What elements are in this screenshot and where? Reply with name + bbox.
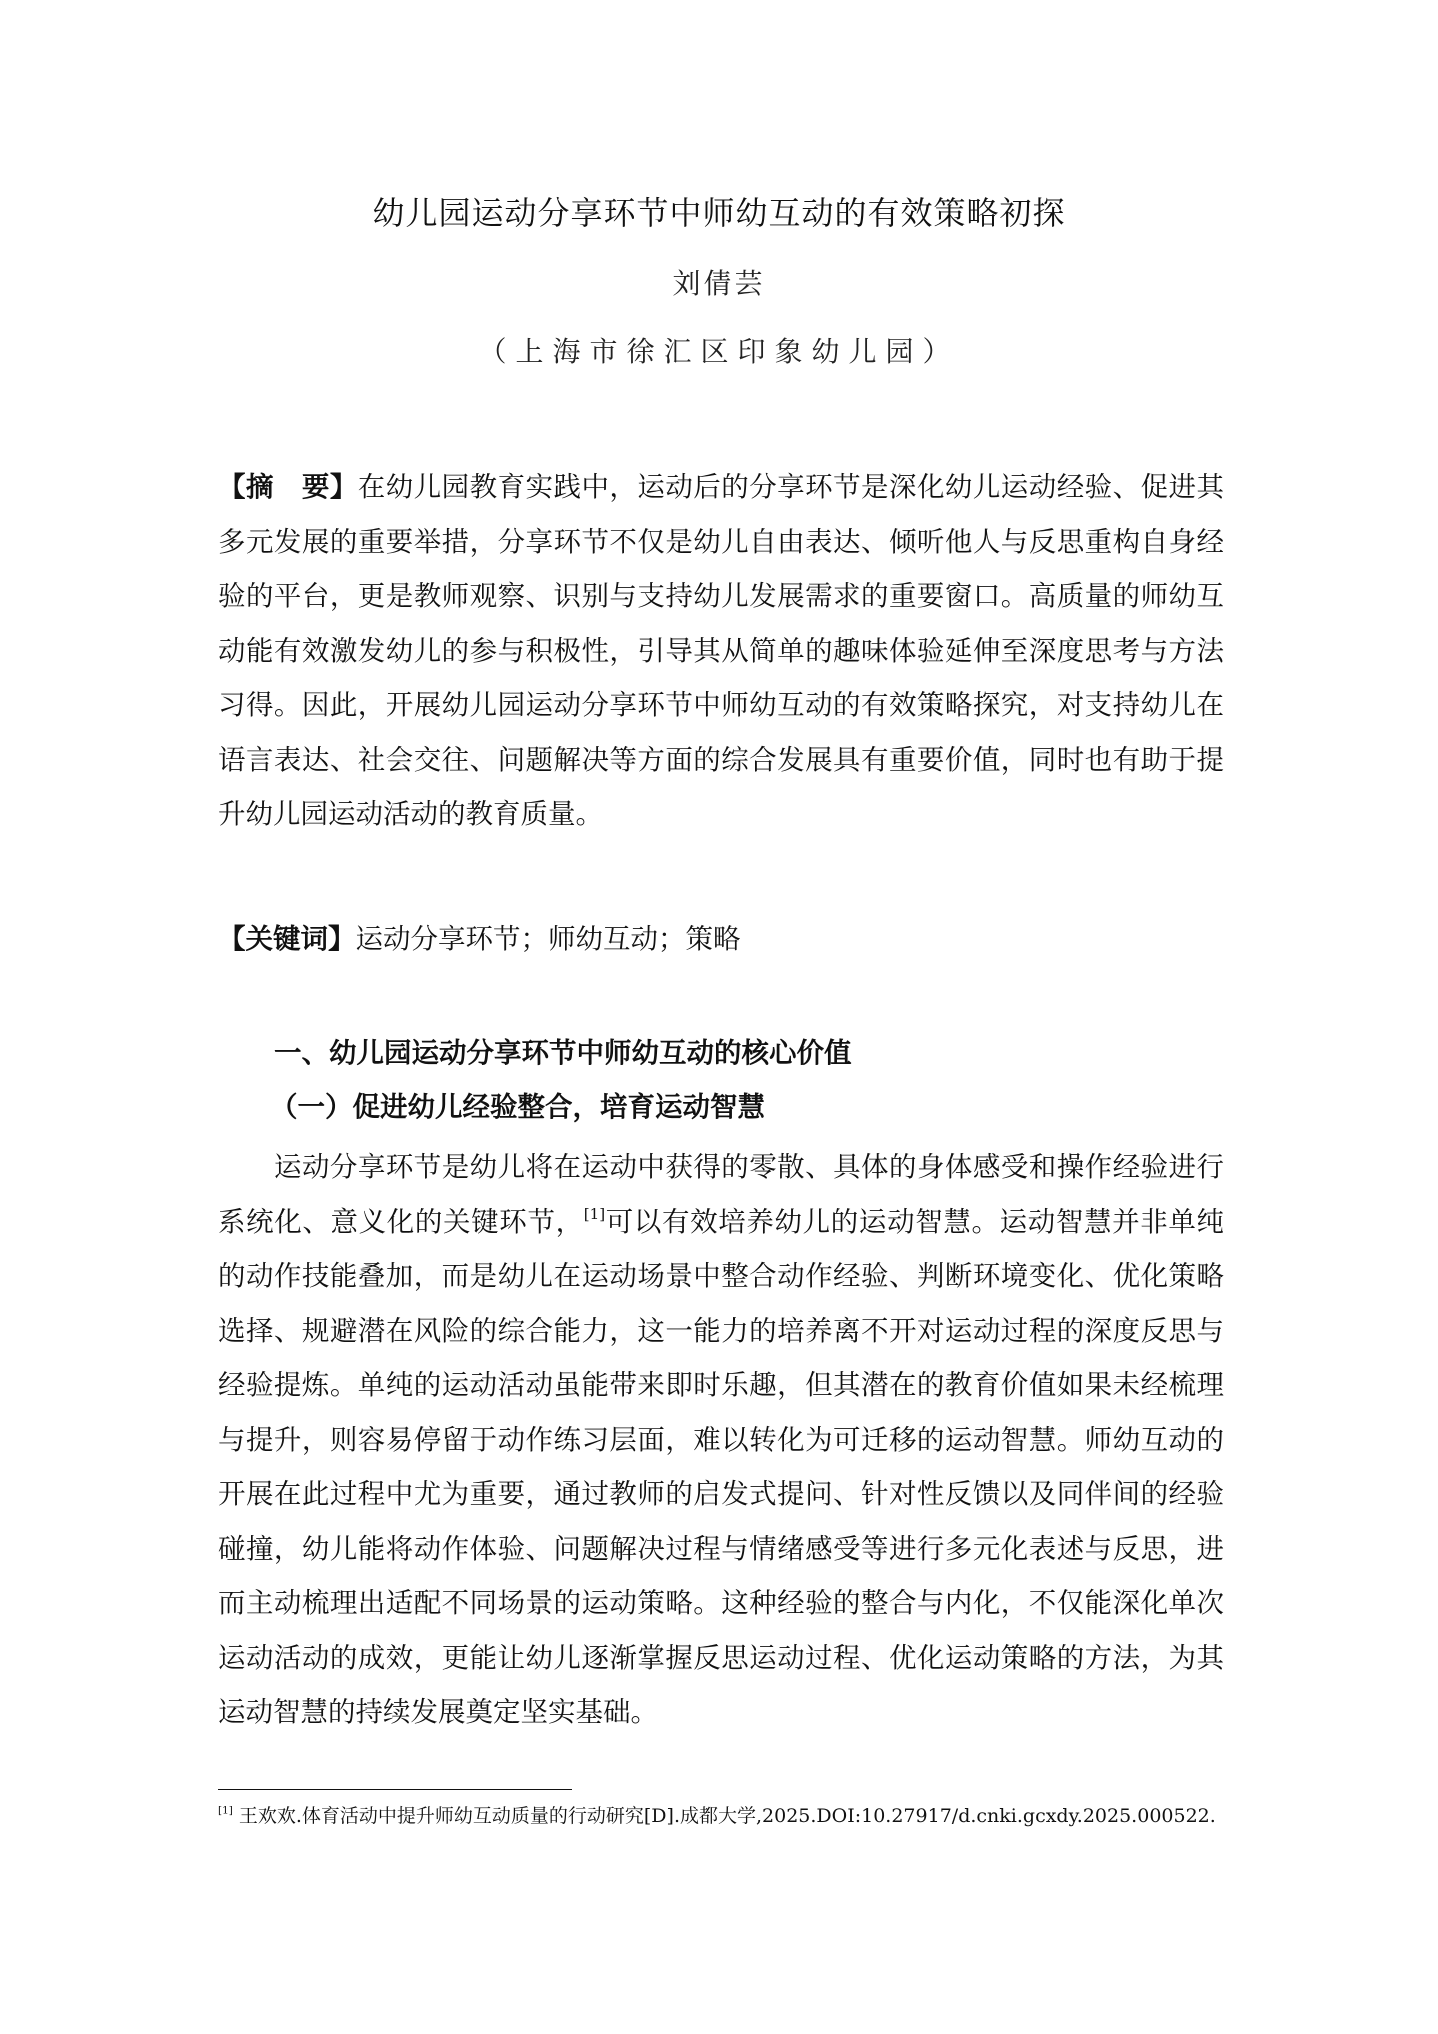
footnote-text: 王欢欢.体育活动中提升师幼互动质量的行动研究[D].成都大学,2025.DOI:… bbox=[239, 1805, 1216, 1827]
citation-ref-1[interactable]: [1] bbox=[584, 1204, 605, 1222]
keywords-label: 【关键词】 bbox=[218, 923, 356, 955]
abstract-label: 【摘 要】 bbox=[218, 471, 358, 503]
footnote-mark: [1] bbox=[218, 1805, 233, 1817]
footnote-1: [1] 王欢欢.体育活动中提升师幼互动质量的行动研究[D].成都大学,2025.… bbox=[218, 1802, 1224, 1831]
keywords: 【关键词】运动分享环节；师幼互动；策略 bbox=[218, 912, 1224, 967]
author-affiliation: （上海市徐汇区印象幼儿园） bbox=[0, 330, 1438, 370]
keywords-text: 运动分享环节；师幼互动；策略 bbox=[356, 923, 741, 955]
section-heading-1: 一、幼儿园运动分享环节中师幼互动的核心价值 bbox=[274, 1030, 852, 1070]
body-paragraph: 运动分享环节是幼儿将在运动中获得的零散、具体的身体感受和操作经验进行系统化、意义… bbox=[218, 1140, 1224, 1740]
author-name: 刘倩芸 bbox=[0, 262, 1438, 302]
subsection-heading-1-1: （一）促进幼儿经验整合，培育运动智慧 bbox=[270, 1084, 765, 1124]
paragraph-text-after-ref: 可以有效培养幼儿的运动智慧。运动智慧并非单纯的动作技能叠加，而是幼儿在运动场景中… bbox=[218, 1206, 1224, 1729]
footnote-divider bbox=[218, 1789, 572, 1790]
abstract: 【摘 要】在幼儿园教育实践中，运动后的分享环节是深化幼儿运动经验、促进其多元发展… bbox=[218, 460, 1224, 842]
document-title: 幼儿园运动分享环节中师幼互动的有效策略初探 bbox=[0, 188, 1438, 234]
abstract-text: 在幼儿园教育实践中，运动后的分享环节是深化幼儿运动经验、促进其多元发展的重要举措… bbox=[218, 471, 1224, 830]
